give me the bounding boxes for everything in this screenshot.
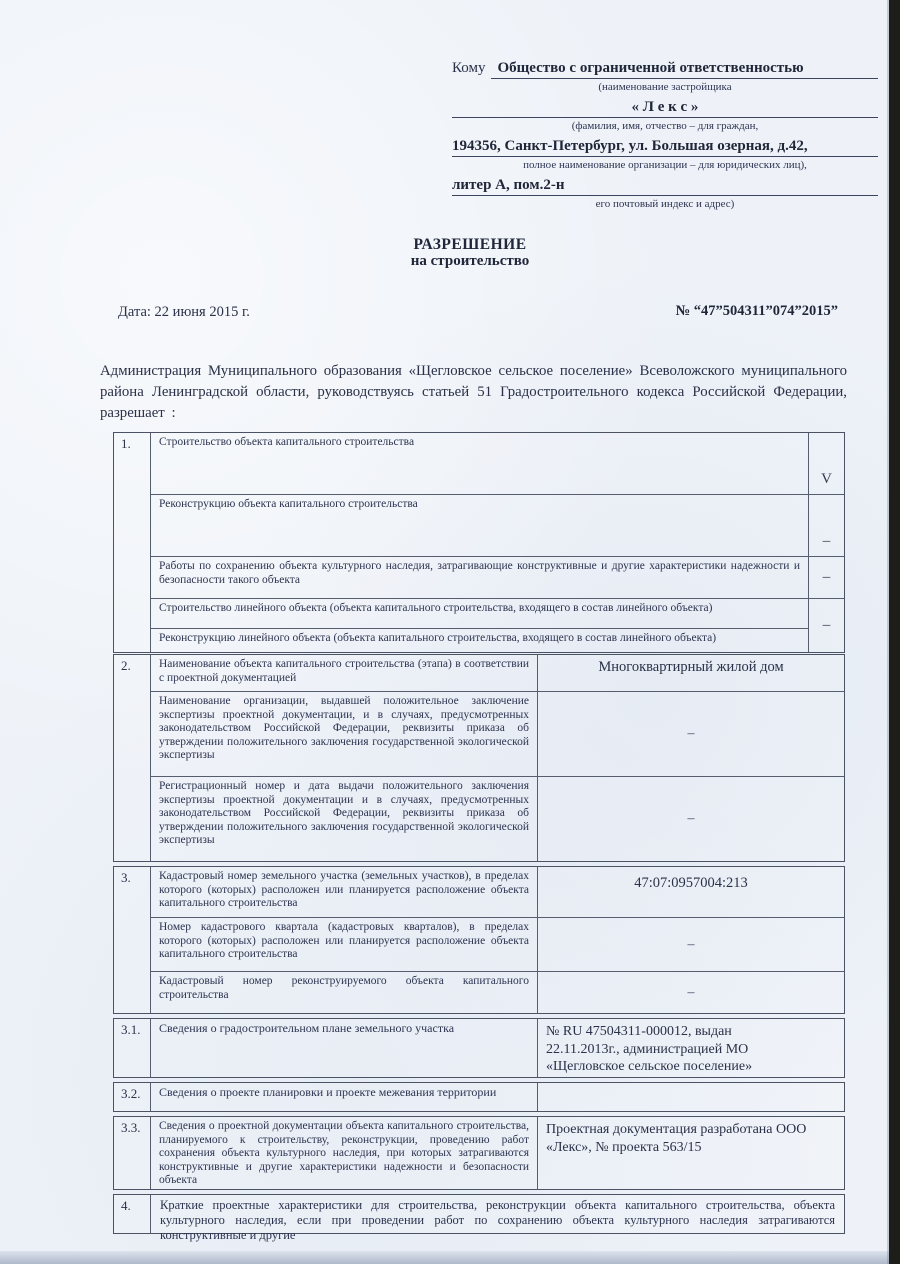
scan-edge-right (889, 0, 900, 1264)
row-value (537, 1083, 844, 1111)
row-value: Многоквартирный жилой дом (537, 655, 844, 691)
addressee-block: Кому Общество с ограниченной ответственн… (452, 58, 878, 214)
row-value: – (537, 692, 844, 776)
developer-address-line-1: 194356, Санкт-Петербург, ул. Большая озе… (452, 136, 878, 157)
table-row: Кадастровый номер реконструируемого объе… (151, 971, 844, 1013)
developer-address-line-2: литер А, пом.2-н (452, 175, 878, 196)
table-section-3-1: 3.1. Сведения о градостроительном плане … (113, 1018, 845, 1078)
table-row: Строительство линейного объекта (объекта… (151, 598, 808, 628)
table-section-1: 1. Строительство объекта капитального ст… (113, 432, 845, 653)
table-row: Сведения о проектной документации объект… (151, 1117, 844, 1189)
cadastral-number-value: 47:07:0957004:213 (537, 867, 844, 917)
row-label: Сведения о проекте планировки и проекте … (151, 1083, 537, 1111)
row-label: Кадастровый номер земельного участка (зе… (151, 867, 537, 917)
row-label: Наименование организации, выдавшей полож… (151, 692, 537, 776)
document-date: Дата: 22 июня 2015 г. (118, 304, 250, 321)
row-value: – (537, 777, 844, 861)
check-mark: – (809, 494, 844, 556)
document-title: РАЗРЕШЕНИЕ на строительство (100, 236, 840, 270)
table-section-3-2: 3.2. Сведения о проекте планировки и про… (113, 1082, 845, 1112)
row-label: Сведения о градостроительном плане земел… (151, 1019, 537, 1077)
table-row: Регистрационный номер и дата выдачи поло… (151, 776, 844, 861)
scanned-building-permit-page: Кому Общество с ограниченной ответственн… (0, 0, 900, 1264)
check-mark: – (809, 598, 844, 652)
caption-postal: его почтовый индекс и адрес) (452, 196, 878, 214)
table-row: Кадастровый номер земельного участка (зе… (151, 867, 844, 917)
table-row: Реконструкцию линейного объекта (объекта… (151, 628, 808, 652)
developer-short-name: « Л е к с » (452, 97, 878, 118)
table-section-4: 4. Краткие проектные характеристики для … (113, 1194, 845, 1234)
document-number: № “47”504311”074”2015” (676, 303, 838, 320)
addressee-line-1: Кому Общество с ограниченной ответственн… (452, 58, 878, 79)
section-1-body: Строительство объекта капитального строи… (151, 433, 844, 652)
table-row: Наименование организации, выдавшей полож… (151, 691, 844, 776)
section-number: 3. (114, 867, 151, 1013)
gpzu-value: № RU 47504311-000012, выдан 22.11.2013г.… (537, 1019, 844, 1077)
table-section-3-3: 3.3. Сведения о проектной документации о… (113, 1116, 845, 1190)
table-row: Реконструкцию объекта капитального строи… (151, 494, 808, 556)
project-doc-value: Проектная документация разработана ООО «… (537, 1117, 844, 1189)
row-label: Номер кадастрового квартала (кадастровых… (151, 918, 537, 971)
scan-shadow-bottom (0, 1251, 889, 1264)
to-label: Кому (452, 58, 491, 79)
table-row: Строительство объекта капитального строи… (151, 433, 808, 494)
section-3-3-rows: Сведения о проектной документации объект… (151, 1117, 844, 1189)
row-label: Кадастровый номер реконструируемого объе… (151, 972, 537, 1013)
caption-org-name: полное наименование организации – для юр… (452, 157, 878, 175)
section-4-text: Краткие проектные характеристики для стр… (151, 1195, 844, 1233)
table-row: Наименование объекта капитального строит… (151, 655, 844, 691)
check-mark: V (809, 433, 844, 494)
table-row: Номер кадастрового квартала (кадастровых… (151, 917, 844, 971)
section-1-labels: Строительство объекта капитального строи… (151, 433, 808, 652)
intro-paragraph: Администрация Муниципального образования… (100, 361, 847, 424)
title-line-2: на строительство (100, 253, 840, 270)
table-section-3: 3. Кадастровый номер земельного участка … (113, 866, 845, 1014)
section-number: 1. (114, 433, 151, 652)
section-number: 4. (114, 1195, 151, 1233)
row-value: – (537, 972, 844, 1013)
row-label: Сведения о проектной документации объект… (151, 1117, 537, 1189)
section-number: 3.1. (114, 1019, 151, 1077)
section-3-1-rows: Сведения о градостроительном плане земел… (151, 1019, 844, 1077)
row-label: Регистрационный номер и дата выдачи поло… (151, 777, 537, 861)
check-mark: – (809, 556, 844, 598)
section-1-check-column: V – – – (808, 433, 844, 652)
table-row: Работы по сохранению объекта культурного… (151, 556, 808, 598)
table-section-2: 2. Наименование объекта капитального стр… (113, 654, 845, 862)
table-row: Сведения о градостроительном плане земел… (151, 1019, 844, 1077)
developer-name: Общество с ограниченной ответственностью (491, 58, 878, 79)
section-3-2-rows: Сведения о проекте планировки и проекте … (151, 1083, 844, 1111)
row-label: Наименование объекта капитального строит… (151, 655, 537, 691)
section-2-rows: Наименование объекта капитального строит… (151, 655, 844, 861)
title-line-1: РАЗРЕШЕНИЕ (100, 236, 840, 253)
section-number: 3.3. (114, 1117, 151, 1189)
section-number: 2. (114, 655, 151, 861)
row-value: – (537, 918, 844, 971)
section-number: 3.2. (114, 1083, 151, 1111)
caption-developer: (наименование застройщика (452, 79, 878, 97)
section-3-rows: Кадастровый номер земельного участка (зе… (151, 867, 844, 1013)
table-row: Сведения о проекте планировки и проекте … (151, 1083, 844, 1111)
caption-fio: (фамилия, имя, отчество – для граждан, (452, 118, 878, 136)
